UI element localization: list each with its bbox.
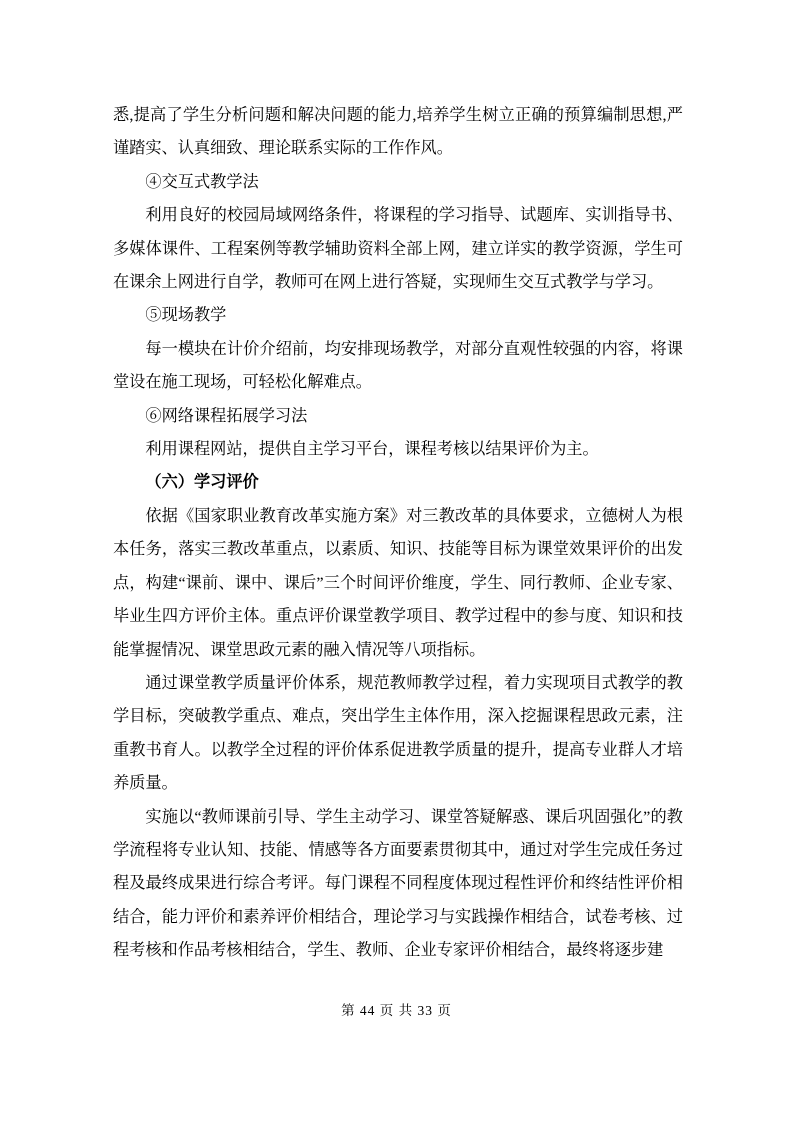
body-paragraph: 依据《国家职业教育改革实施方案》对三教改革的具体要求，立德树人为根本任务，落实三…: [113, 500, 683, 667]
document-page: 悉,提高了学生分析问题和解决问题的能力,培养学生树立正确的预算编制思想,严谨踏实…: [0, 0, 793, 1122]
list-item-4-interactive-teaching: ④交互式教学法: [113, 166, 683, 199]
document-body: 悉,提高了学生分析问题和解决问题的能力,培养学生树立正确的预算编制思想,严谨踏实…: [113, 99, 683, 968]
body-paragraph: 利用良好的校园局域网络条件，将课程的学习指导、试题库、实训指导书、多媒体课件、工…: [113, 199, 683, 299]
section-heading-learning-evaluation: （六）学习评价: [113, 466, 683, 499]
body-paragraph: 通过课堂教学质量评价体系，规范教师教学过程，着力实现项目式教学的教学目标，突破教…: [113, 667, 683, 801]
body-paragraph: 利用课程网站，提供自主学习平台，课程考核以结果评价为主。: [113, 433, 683, 466]
body-paragraph: 实施以“教师课前引导、学生主动学习、课堂答疑解惑、课后巩固强化”的教学流程将专业…: [113, 801, 683, 968]
body-paragraph-continuation: 悉,提高了学生分析问题和解决问题的能力,培养学生树立正确的预算编制思想,严谨踏实…: [113, 99, 683, 166]
list-item-6-online-course: ⑥网络课程拓展学习法: [113, 400, 683, 433]
body-paragraph: 每一模块在计价介绍前，均安排现场教学，对部分直观性较强的内容，将课堂设在施工现场…: [113, 333, 683, 400]
list-item-5-field-teaching: ⑤现场教学: [113, 299, 683, 332]
page-number-footer: 第 44 页 共 33 页: [0, 999, 793, 1019]
